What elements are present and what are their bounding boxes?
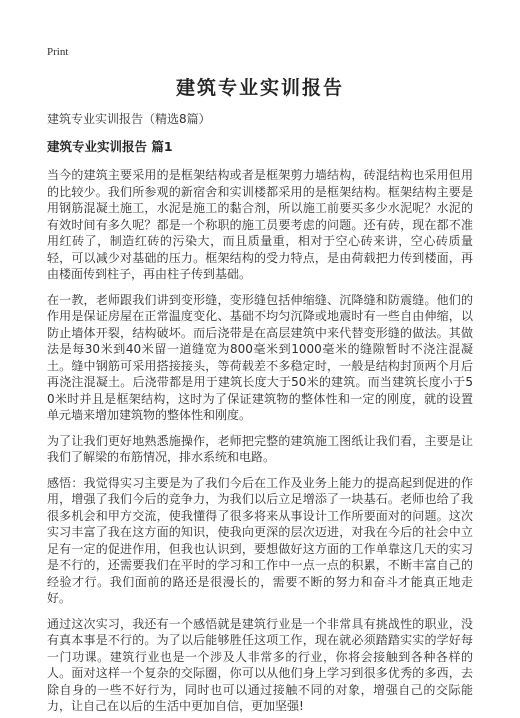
section-heading: 建筑专业实训报告 篇1 (47, 139, 473, 154)
page-title: 建筑专业实训报告 (47, 78, 473, 100)
print-link[interactable]: Print (47, 46, 68, 59)
paragraph-deformation-joints: 在一教，老师跟我们讲到变形缝，变形缝包括伸缩缝、沉降缝和防震缝。他们的作用是保证… (47, 292, 473, 424)
paragraph-structure-overview: 当今的建筑主要采用的是框架结构或者是框架剪力墙结构，砖混结构也采用但用的比较少。… (47, 167, 473, 283)
paragraph-construction-drawings: 为了让我们更好地熟悉施操作，老师把完整的建筑施工图纸让我们看，主要是让我们了解梁… (47, 433, 473, 466)
subtitle: 建筑专业实训报告（精选8篇） (47, 112, 473, 126)
paragraph-reflection: 感悟：我觉得实习主要是为了我们今后在工作及业务上能力的提高起到促进的作用，增强了… (47, 475, 473, 607)
document-page: Print 建筑专业实训报告 建筑专业实训报告（精选8篇） 建筑专业实训报告 篇… (0, 0, 520, 718)
paragraph-career-insight: 通过这次实习，我还有一个感悟就是建筑行业是一个非常具有挑战性的职业，没有真本事是… (47, 616, 473, 715)
